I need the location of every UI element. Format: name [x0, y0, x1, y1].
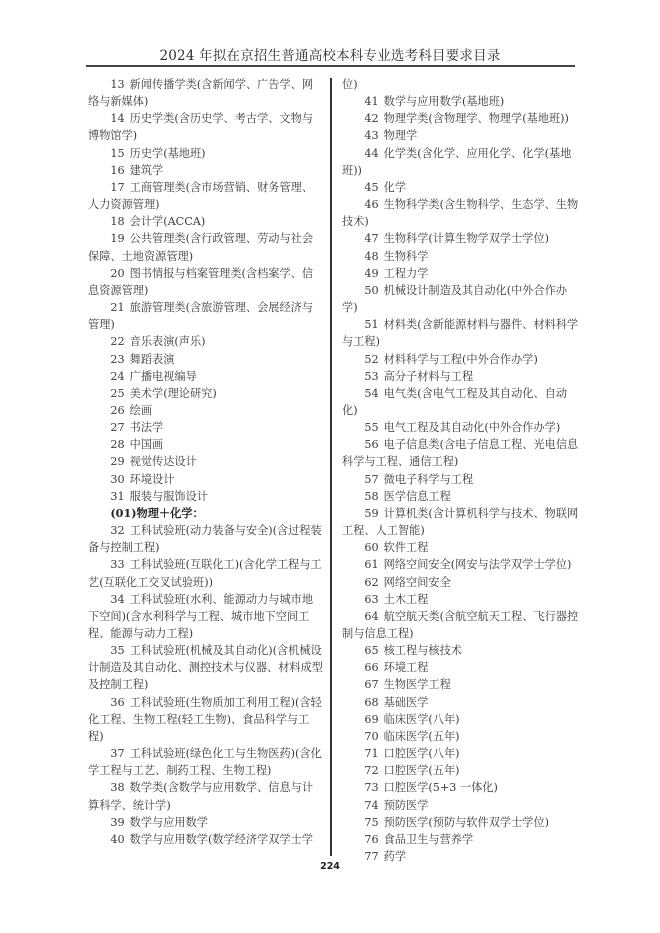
major-entry: 51材料类(含新能源材料与器件、材料科学与工程) — [342, 316, 582, 350]
major-entry: 77药学 — [342, 848, 582, 865]
entry-text: 预防医学(预防与软件双学士学位) — [384, 816, 549, 829]
major-entry: 24广播电视编导 — [88, 368, 324, 385]
major-entry: 75预防医学(预防与软件双学士学位) — [342, 814, 582, 831]
major-entry: 46生物科学类(含生物科学、生态学、生物技术) — [342, 196, 582, 230]
entry-number: 19 — [110, 232, 124, 245]
major-entry: 55电气工程及其自动化(中外合作办学) — [342, 419, 582, 436]
entry-number: 26 — [110, 404, 124, 417]
entry-text: 生物科学(计算生物学双学士学位) — [384, 232, 549, 245]
entry-number: 74 — [364, 799, 378, 812]
entry-number: 77 — [364, 850, 378, 863]
major-entry: 52材料科学与工程(中外合作办学) — [342, 351, 582, 368]
entry-text: 药学 — [384, 850, 406, 863]
entry-text: 广播电视编导 — [130, 370, 197, 383]
entry-number: 16 — [110, 164, 124, 177]
entry-number: 55 — [364, 421, 378, 434]
entry-number: 56 — [364, 438, 378, 451]
title-rule — [86, 65, 575, 67]
column-divider — [330, 78, 332, 856]
entry-text: 材料科学与工程(中外合作办学) — [384, 353, 538, 366]
entry-text: 物理学类(含物理学、物理学(基地班)) — [384, 112, 569, 125]
entry-number: 25 — [110, 387, 124, 400]
major-entry: 64航空航天类(含航空航天工程、飞行器控制与信息工程) — [342, 608, 582, 642]
major-entry: 15历史学(基地班) — [88, 145, 324, 162]
entry-text: 建筑学 — [130, 164, 164, 177]
entry-text: 生物科学 — [384, 250, 429, 263]
major-entry: 57微电子科学与工程 — [342, 471, 582, 488]
entry-text: 美术学(理论研究) — [130, 387, 217, 400]
entry-number: 69 — [364, 713, 378, 726]
entry-number: 52 — [364, 353, 378, 366]
entry-number: 14 — [110, 112, 124, 125]
entry-text: 舞蹈表演 — [130, 353, 175, 366]
page-title: 2024 年拟在京招生普通高校本科专业选考科目要求目录 — [85, 44, 575, 64]
major-entry: 25美术学(理论研究) — [88, 385, 324, 402]
entry-number: 15 — [110, 147, 124, 160]
entry-text: 网络空间安全 — [384, 576, 451, 589]
entry-number: 49 — [364, 267, 378, 280]
entry-number: 34 — [110, 593, 124, 606]
major-entry: 68基础医学 — [342, 694, 582, 711]
entry-number: 38 — [110, 781, 124, 794]
entry-number: 60 — [364, 541, 378, 554]
major-entry: 66环境工程 — [342, 659, 582, 676]
major-entry: 58医学信息工程 — [342, 488, 582, 505]
entry-number: 50 — [364, 284, 378, 297]
major-entry: 32工科试验班(动力装备与安全)(含过程装备与控制工程) — [88, 522, 324, 556]
section-heading: (01)物理＋化学： — [88, 505, 324, 522]
entry-text: 会计学(ACCA) — [130, 215, 206, 228]
major-entry: 26绘画 — [88, 402, 324, 419]
entry-number: 18 — [110, 215, 124, 228]
entry-number: 72 — [364, 764, 378, 777]
major-entry: 72口腔医学(五年) — [342, 762, 582, 779]
entry-text: 环境工程 — [384, 661, 429, 674]
major-entry: 38数学类(含数学与应用数学、信息与计算科学、统计学) — [88, 779, 324, 813]
entry-number: 17 — [110, 181, 124, 194]
entry-number: 31 — [110, 490, 124, 503]
entry-number: 76 — [364, 833, 378, 846]
major-entry: 20图书情报与档案管理类(含档案学、信息资源管理) — [88, 265, 324, 299]
major-entry: 69临床医学(八年) — [342, 711, 582, 728]
major-entry: 14历史学类(含历史学、考古学、文物与博物馆学) — [88, 110, 324, 144]
entry-text: 基础医学 — [384, 696, 429, 709]
entry-text: 电气工程及其自动化(中外合作办学) — [384, 421, 561, 434]
entry-number: 57 — [364, 473, 378, 486]
major-entry: 42物理学类(含物理学、物理学(基地班)) — [342, 110, 582, 127]
major-entry: 45化学 — [342, 179, 582, 196]
major-entry: 37工科试验班(绿色化工与生物医药)(含化学工程与工艺、制药工程、生物工程) — [88, 745, 324, 779]
major-entry: 31服装与服饰设计 — [88, 488, 324, 505]
entry-number: 68 — [364, 696, 378, 709]
major-entry: 43物理学 — [342, 127, 582, 144]
entry-text: 口腔医学(五年) — [384, 764, 460, 777]
entry-number: 51 — [364, 318, 378, 331]
major-entry: 65核工程与核技术 — [342, 642, 582, 659]
major-entry: 18会计学(ACCA) — [88, 213, 324, 230]
entry-number: 53 — [364, 370, 378, 383]
major-entry: 74预防医学 — [342, 797, 582, 814]
major-entry: 27书法学 — [88, 419, 324, 436]
entry-number: 37 — [110, 747, 124, 760]
major-entry: 61网络空间安全(网安与法学双学士学位) — [342, 556, 582, 573]
major-entry: 35工科试验班(机械及其自动化)(含机械设计制造及其自动化、测控技术与仪器、材料… — [88, 642, 324, 693]
major-entry: 63土木工程 — [342, 591, 582, 608]
major-entry: 76食品卫生与营养学 — [342, 831, 582, 848]
major-entry: 62网络空间安全 — [342, 574, 582, 591]
major-entry: 33工科试验班(互联化工)(含化学工程与工艺(互联化工交叉试验班)) — [88, 556, 324, 590]
entry-number: 32 — [110, 524, 124, 537]
entry-text: 食品卫生与营养学 — [384, 833, 474, 846]
entry-number: 64 — [364, 610, 378, 623]
entry-text: 化学 — [384, 181, 406, 194]
entry-text: 生物医学工程 — [384, 678, 451, 691]
entry-text: 医学信息工程 — [384, 490, 451, 503]
major-entry: 53高分子材料与工程 — [342, 368, 582, 385]
entry-text: 数学与应用数学(基地班) — [384, 95, 505, 108]
entry-text: 绘画 — [130, 404, 152, 417]
entry-text: 数学与应用数学(数学经济学双学士学 — [130, 833, 313, 846]
major-entry: 36工科试验班(生物质加工利用工程)(含轻化工程、生物工程(轻工生物)、食品科学… — [88, 694, 324, 745]
major-entry: 29视觉传达设计 — [88, 453, 324, 470]
entry-text: 工程力学 — [384, 267, 429, 280]
entry-number: 54 — [364, 387, 378, 400]
major-entry: 47生物科学(计算生物学双学士学位) — [342, 230, 582, 247]
entry-number: 21 — [110, 301, 124, 314]
entry-text: 口腔医学(5+3 一体化) — [384, 781, 498, 794]
entry-number: 24 — [110, 370, 124, 383]
entry-number: 46 — [364, 198, 378, 211]
major-entry: 19公共管理类(含行政管理、劳动与社会保障、土地资源管理) — [88, 230, 324, 264]
entry-text: 临床医学(五年) — [384, 730, 460, 743]
entry-number: 39 — [110, 816, 124, 829]
entry-number: 58 — [364, 490, 378, 503]
entry-number: 27 — [110, 421, 124, 434]
entry-text: 口腔医学(八年) — [384, 747, 460, 760]
entry-number: 23 — [110, 353, 124, 366]
major-entry: 34工科试验班(水利、能源动力与城市地下空间)(含水利科学与工程、城市地下空间工… — [88, 591, 324, 642]
entry-continuation: 位) — [342, 76, 582, 93]
major-entry: 21旅游管理类(含旅游管理、会展经济与管理) — [88, 299, 324, 333]
entry-number: 48 — [364, 250, 378, 263]
entry-text: 中国画 — [130, 438, 164, 451]
entry-number: 20 — [110, 267, 124, 280]
entry-text: 音乐表演(声乐) — [130, 335, 206, 348]
major-entry: 70临床医学(五年) — [342, 728, 582, 745]
entry-text: 预防医学 — [384, 799, 429, 812]
major-entry: 41数学与应用数学(基地班) — [342, 93, 582, 110]
entry-text: 书法学 — [130, 421, 164, 434]
major-entry: 13新闻传播学类(含新闻学、广告学、网络与新媒体) — [88, 76, 324, 110]
entry-text: 微电子科学与工程 — [384, 473, 474, 486]
entry-number: 13 — [110, 78, 124, 91]
entry-text: 核工程与核技术 — [384, 644, 462, 657]
major-entry: 39数学与应用数学 — [88, 814, 324, 831]
left-column: 13新闻传播学类(含新闻学、广告学、网络与新媒体)14历史学类(含历史学、考古学… — [88, 76, 324, 848]
entry-text: 数学与应用数学 — [130, 816, 208, 829]
entry-number: 36 — [110, 696, 124, 709]
entry-text: 临床医学(八年) — [384, 713, 460, 726]
entry-text: 软件工程 — [384, 541, 429, 554]
entry-number: 75 — [364, 816, 378, 829]
major-entry: 22音乐表演(声乐) — [88, 333, 324, 350]
major-entry: 17工商管理类(含市场营销、财务管理、人力资源管理) — [88, 179, 324, 213]
page-number: 224 — [310, 861, 350, 872]
entry-number: 35 — [110, 644, 124, 657]
entry-number: 29 — [110, 455, 124, 468]
major-entry: 48生物科学 — [342, 248, 582, 265]
major-entry: 23舞蹈表演 — [88, 351, 324, 368]
entry-text: 物理学 — [384, 129, 418, 142]
major-entry: 56电子信息类(含电子信息工程、光电信息科学与工程、通信工程) — [342, 436, 582, 470]
entry-number: 43 — [364, 129, 378, 142]
entry-text: 环境设计 — [130, 473, 175, 486]
major-entry: 30环境设计 — [88, 471, 324, 488]
entry-text: 土木工程 — [384, 593, 429, 606]
entry-number: 45 — [364, 181, 378, 194]
right-column: 位)41数学与应用数学(基地班)42物理学类(含物理学、物理学(基地班))43物… — [342, 76, 582, 865]
major-entry: 73口腔医学(5+3 一体化) — [342, 779, 582, 796]
major-entry: 28中国画 — [88, 436, 324, 453]
entry-number: 42 — [364, 112, 378, 125]
major-entry: 49工程力学 — [342, 265, 582, 282]
entry-number: 65 — [364, 644, 378, 657]
entry-text: 服装与服饰设计 — [130, 490, 208, 503]
entry-number: 30 — [110, 473, 124, 486]
entry-number: 62 — [364, 576, 378, 589]
major-entry: 59计算机类(含计算机科学与技术、物联网工程、人工智能) — [342, 505, 582, 539]
major-entry: 16建筑学 — [88, 162, 324, 179]
entry-number: 33 — [110, 558, 124, 571]
entry-number: 70 — [364, 730, 378, 743]
entry-text: 网络空间安全(网安与法学双学士学位) — [384, 558, 572, 571]
entry-number: 66 — [364, 661, 378, 674]
major-entry: 50机械设计制造及其自动化(中外合作办学) — [342, 282, 582, 316]
entry-text: 高分子材料与工程 — [384, 370, 474, 383]
entry-number: 67 — [364, 678, 378, 691]
entry-number: 40 — [110, 833, 124, 846]
entry-number: 73 — [364, 781, 378, 794]
major-entry: 54电气类(含电气工程及其自动化、自动化) — [342, 385, 582, 419]
entry-number: 41 — [364, 95, 378, 108]
entry-number: 47 — [364, 232, 378, 245]
entry-number: 59 — [364, 507, 378, 520]
major-entry: 40数学与应用数学(数学经济学双学士学 — [88, 831, 324, 848]
entry-number: 22 — [110, 335, 124, 348]
major-entry: 60软件工程 — [342, 539, 582, 556]
major-entry: 71口腔医学(八年) — [342, 745, 582, 762]
entry-number: 44 — [364, 147, 378, 160]
entry-text: 历史学(基地班) — [130, 147, 206, 160]
entry-number: 61 — [364, 558, 378, 571]
entry-number: 63 — [364, 593, 378, 606]
entry-text: 视觉传达设计 — [130, 455, 197, 468]
major-entry: 44化学类(含化学、应用化学、化学(基地班)) — [342, 145, 582, 179]
entry-number: 71 — [364, 747, 378, 760]
major-entry: 67生物医学工程 — [342, 676, 582, 693]
entry-number: 28 — [110, 438, 124, 451]
